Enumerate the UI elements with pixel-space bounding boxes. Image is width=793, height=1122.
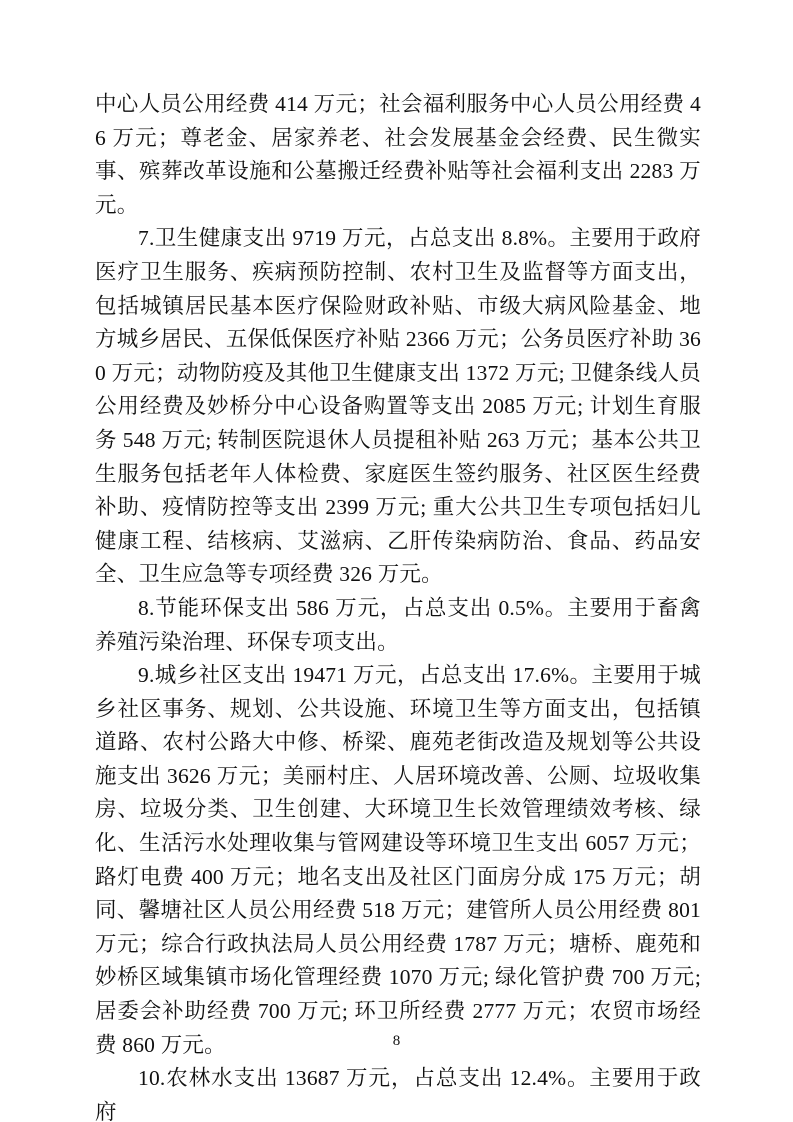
paragraph: 8.节能环保支出 586 万元，占总支出 0.5%。主要用于畜禽养殖污染治理、环… — [95, 592, 701, 659]
document-body: 中心人员公用经费 414 万元；社会福利服务中心人员公用经费 46 万元；尊老金… — [95, 88, 701, 1122]
paragraph: 7.卫生健康支出 9719 万元，占总支出 8.8%。主要用于政府医疗卫生服务、… — [95, 222, 701, 592]
paragraph: 10.农林水支出 13687 万元，占总支出 12.4%。主要用于政府 — [95, 1062, 701, 1122]
paragraph: 9.城乡社区支出 19471 万元，占总支出 17.6%。主要用于城乡社区事务、… — [95, 659, 701, 1062]
page-number: 8 — [0, 1032, 793, 1050]
document-page: 中心人员公用经费 414 万元；社会福利服务中心人员公用经费 46 万元；尊老金… — [0, 0, 793, 1122]
paragraph: 中心人员公用经费 414 万元；社会福利服务中心人员公用经费 46 万元；尊老金… — [95, 88, 701, 222]
